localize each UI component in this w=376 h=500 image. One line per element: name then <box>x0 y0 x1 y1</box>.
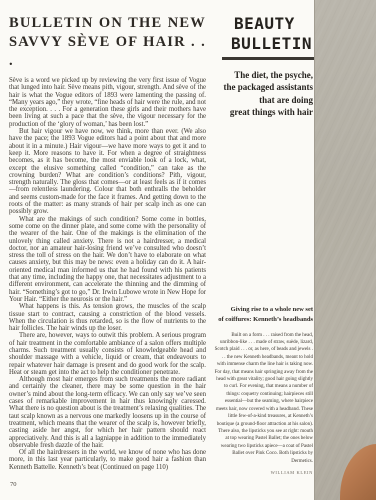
photo-grain-texture <box>315 0 376 500</box>
article-column: BULLETIN ON THE NEW SAVVY SÈVE OF HAIR .… <box>9 14 206 471</box>
photo-credit: WILLIAM KLEIN <box>214 470 314 475</box>
article-paragraph: What are the makings of such condition? … <box>9 216 206 304</box>
headline-line-1: BULLETIN ON THE NEW <box>9 14 206 33</box>
subhead-line-1: Giving rise to a whole new set <box>214 305 313 315</box>
article-body: Sève is a word we picked up by reviewing… <box>9 77 206 471</box>
headline-line-2: SAVVY SÈVE OF HAIR . . . <box>9 33 206 71</box>
beauty-bulletin-masthead: BEAUTY BULLETIN <box>234 14 314 54</box>
masthead-line-2: BULLETIN <box>231 34 314 54</box>
article-paragraph: Although most hair emerges from such tre… <box>9 376 206 449</box>
article-paragraph: Of all the hairdressers in the world, we… <box>9 449 206 471</box>
facing-page-photo-edge <box>314 0 376 500</box>
masthead-line-1: BEAUTY <box>234 14 314 34</box>
caption-subhead: Giving rise to a whole new set of coiffu… <box>214 305 314 325</box>
article-paragraph: But hair vigour we have now, we think, m… <box>9 128 206 216</box>
page-number: 70 <box>10 481 17 488</box>
deck-line: The diet, the psyche, <box>214 69 313 81</box>
article-headline: BULLETIN ON THE NEW SAVVY SÈVE OF HAIR .… <box>9 14 206 71</box>
article-paragraph: There are, however, ways to outwit this … <box>9 332 206 376</box>
article-paragraph: What happens is this. As tension grows, … <box>9 303 206 332</box>
magazine-page: BULLETIN ON THE NEW SAVVY SÈVE OF HAIR .… <box>0 0 376 500</box>
subhead-line-2: of coiffures: Kenneth’s headbands <box>214 315 313 325</box>
deck-line: the packaged assistants <box>214 81 313 93</box>
bulletin-deck: The diet, the psyche, the packaged assis… <box>214 69 314 119</box>
beauty-bulletin-column: BEAUTY BULLETIN The diet, the psyche, th… <box>214 0 314 475</box>
photo-caption: Built on a form . . . raised from the he… <box>214 332 314 465</box>
article-paragraph: Sève is a word we picked up by reviewing… <box>9 77 206 128</box>
deck-line: that are doing <box>214 94 313 106</box>
deck-line: great things with hair <box>214 106 313 118</box>
masthead-rule <box>222 57 314 60</box>
